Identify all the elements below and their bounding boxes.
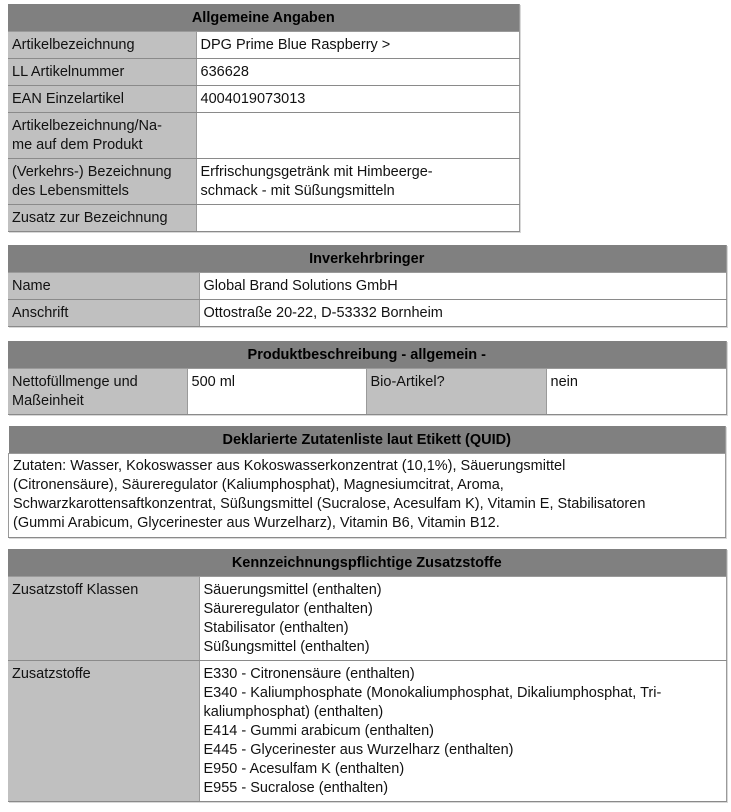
- produktbeschreibung-table: Produktbeschreibung - allgemein - Nettof…: [8, 341, 727, 415]
- field-label: Name: [8, 273, 199, 300]
- list-item: Süßungsmittel (enthalten): [204, 638, 722, 657]
- value-line: schmack - mit Süßungsmitteln: [201, 182, 515, 201]
- list-item: E340 - Kaliumphosphate (Monokaliumphosph…: [204, 684, 722, 703]
- allgemeine-angaben-table: Allgemeine Angaben Artikelbezeichnung DP…: [8, 4, 520, 232]
- net-quantity-value: 500 ml: [187, 369, 366, 415]
- table-row: (Verkehrs-) Bezeichnung des Lebensmittel…: [8, 159, 519, 205]
- name-auf-produkt-value: [196, 113, 519, 159]
- list-item: E445 - Glycerinester aus Wurzelharz (ent…: [204, 741, 722, 760]
- section-header-allgemeine-angaben: Allgemeine Angaben: [8, 4, 519, 32]
- label-line: (Verkehrs-) Bezeichnung: [12, 163, 192, 182]
- list-item: E330 - Citronensäure (enthalten): [204, 665, 722, 684]
- table-row: EAN Einzelartikel 4004019073013: [8, 86, 519, 113]
- list-item: E414 - Gummi arabicum (enthalten): [204, 722, 722, 741]
- list-item: kaliumphosphat) (enthalten): [204, 703, 722, 722]
- table-row: Artikelbezeichnung/Na- me auf dem Produk…: [8, 113, 519, 159]
- field-label: Artikelbezeichnung: [8, 32, 196, 59]
- ingredients-line: (Gummi Arabicum, Glycerinester aus Wurze…: [13, 514, 721, 533]
- field-label: Zusatzstoffe: [8, 661, 199, 802]
- table-row: Zusatz zur Bezeichnung: [8, 205, 519, 232]
- address-value: Ottostraße 20-22, D-53332 Bornheim: [199, 300, 726, 327]
- ingredients-text: Zutaten: Wasser, Kokoswasser aus Kokoswa…: [9, 454, 726, 538]
- label-line: Artikelbezeichnung/Na-: [12, 117, 192, 136]
- section-header-zusatzstoffe: Kennzeichnungspflichtige Zusatzstoffe: [8, 549, 726, 577]
- table-row: Nettofüllmenge und Maßeinheit 500 ml Bio…: [8, 369, 726, 415]
- field-label: (Verkehrs-) Bezeichnung des Lebensmittel…: [8, 159, 196, 205]
- label-line: Maßeinheit: [12, 392, 183, 411]
- list-item: Säureregulator (enthalten): [204, 600, 722, 619]
- section-header-produktbeschreibung: Produktbeschreibung - allgemein -: [8, 341, 726, 369]
- section-header-inverkehrbringer: Inverkehrbringer: [8, 245, 726, 273]
- table-row: LL Artikelnummer 636628: [8, 59, 519, 86]
- field-label: Nettofüllmenge und Maßeinheit: [8, 369, 187, 415]
- zusatz-bezeichnung-value: [196, 205, 519, 232]
- label-line: des Lebensmittels: [12, 182, 192, 201]
- section-header-zutatenliste: Deklarierte Zutatenliste laut Etikett (Q…: [9, 426, 726, 454]
- field-label: Anschrift: [8, 300, 199, 327]
- list-item: Stabilisator (enthalten): [204, 619, 722, 638]
- field-label: Zusatzstoff Klassen: [8, 577, 199, 661]
- list-item: E950 - Acesulfam K (enthalten): [204, 760, 722, 779]
- list-item: E955 - Sucralose (enthalten): [204, 779, 722, 798]
- additives-list: E330 - Citronensäure (enthalten) E340 - …: [199, 661, 726, 802]
- list-item: Säuerungsmittel (enthalten): [204, 581, 722, 600]
- field-label: Artikelbezeichnung/Na- me auf dem Produk…: [8, 113, 196, 159]
- field-label: Bio-Artikel?: [366, 369, 546, 415]
- ingredients-line: (Citronensäure), Säureregulator (Kaliump…: [13, 476, 721, 495]
- label-line: me auf dem Produkt: [12, 136, 192, 155]
- field-label: EAN Einzelartikel: [8, 86, 196, 113]
- additive-classes-list: Säuerungsmittel (enthalten) Säureregulat…: [199, 577, 726, 661]
- inverkehrbringer-table: Inverkehrbringer Name Global Brand Solut…: [8, 245, 727, 327]
- table-row: Zusatzstoffe E330 - Citronensäure (entha…: [8, 661, 726, 802]
- table-row: Zusatzstoff Klassen Säuerungsmittel (ent…: [8, 577, 726, 661]
- zutatenliste-table: Deklarierte Zutatenliste laut Etikett (Q…: [8, 426, 726, 538]
- ingredients-line: Schwarzkarottensaftkonzentrat, Süßungsmi…: [13, 495, 721, 514]
- ll-artikelnummer-value: 636628: [196, 59, 519, 86]
- table-row: Artikelbezeichnung DPG Prime Blue Raspbe…: [8, 32, 519, 59]
- verkehrsbezeichnung-value: Erfrischungsgetränk mit Himbeerge- schma…: [196, 159, 519, 205]
- artikelbezeichnung-value: DPG Prime Blue Raspberry >: [196, 32, 519, 59]
- zusatzstoffe-table: Kennzeichnungspflichtige Zusatzstoffe Zu…: [8, 549, 727, 802]
- value-line: Erfrischungsgetränk mit Himbeerge-: [201, 163, 515, 182]
- ean-value: 4004019073013: [196, 86, 519, 113]
- field-label: Zusatz zur Bezeichnung: [8, 205, 196, 232]
- table-row: Zutaten: Wasser, Kokoswasser aus Kokoswa…: [9, 454, 726, 538]
- table-row: Name Global Brand Solutions GmbH: [8, 273, 726, 300]
- table-row: Anschrift Ottostraße 20-22, D-53332 Born…: [8, 300, 726, 327]
- field-label: LL Artikelnummer: [8, 59, 196, 86]
- bio-value: nein: [546, 369, 726, 415]
- label-line: Nettofüllmenge und: [12, 373, 183, 392]
- ingredients-line: Zutaten: Wasser, Kokoswasser aus Kokoswa…: [13, 457, 721, 476]
- company-name-value: Global Brand Solutions GmbH: [199, 273, 726, 300]
